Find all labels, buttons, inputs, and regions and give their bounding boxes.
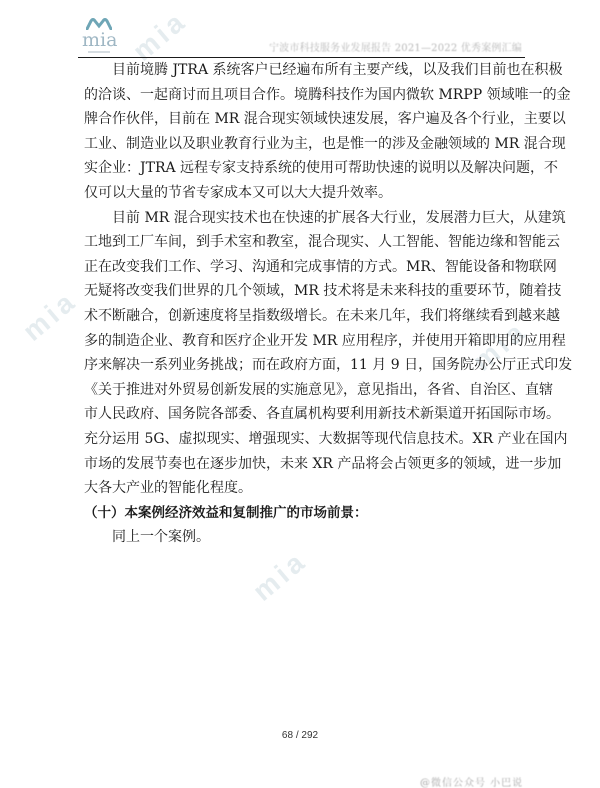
text-line: 仅可以大量的节省专家成本又可以大大提升效率。 bbox=[84, 181, 518, 206]
logo-text: mia bbox=[82, 29, 117, 51]
logo: mia bbox=[80, 14, 120, 54]
text-line: 多的制造企业、教育和医疗企业开发 MR 应用程序，并使用开箱即用的应用程 bbox=[84, 329, 518, 354]
text-line: 工业、制造业以及职业教育行业为主，也是惟一的涉及金融领域的 MR 混合现 bbox=[84, 132, 518, 157]
watermark: mia bbox=[17, 284, 84, 347]
text-line: 无疑将改变我们世界的几个领域，MR 技术将是未来科技的重要环节，随着技 bbox=[84, 279, 518, 304]
text-line: 目前境腾 JTRA 系统客户已经遍布所有主要产线，以及我们目前也在积极 bbox=[84, 58, 518, 83]
header-title: 宁波市科技服务业发展报告 2021—2022 优秀案例汇编 bbox=[269, 39, 522, 54]
section-body: 同上一个案例。 bbox=[84, 525, 518, 550]
page-number: 68 / 292 bbox=[0, 730, 600, 741]
text-line: 术不断融合，创新速度将呈指数级增长。在未来几年，我们将继续看到越来越 bbox=[84, 304, 518, 329]
text-line: 序来解决一系列业务挑战；而在政府方面，11 月 9 日，国务院办公厅正式印发 bbox=[84, 353, 518, 378]
paragraph-1: 目前境腾 JTRA 系统客户已经遍布所有主要产线，以及我们目前也在积极 的洽谈、… bbox=[84, 58, 518, 206]
text-line: 工地到工厂车间，到手术室和教室，混合现实、人工智能、智能边缘和智能云 bbox=[84, 230, 518, 255]
document-body: 目前境腾 JTRA 系统客户已经遍布所有主要产线，以及我们目前也在积极 的洽谈、… bbox=[84, 58, 518, 550]
text-line: 《关于推进对外贸易创新发展的实施意见》，意见指出，各省、自治区、直辖 bbox=[84, 378, 518, 403]
footer-watermark: @微信公众号 小巴说 bbox=[420, 774, 523, 788]
section-heading: （十）本案例经济效益和复制推广的市场前景： bbox=[84, 501, 518, 526]
text-line: 充分运用 5G、虚拟现实、增强现实、大数据等现代信息技术。XR 产业在国内 bbox=[84, 427, 518, 452]
page-header: mia 宁波市科技服务业发展报告 2021—2022 优秀案例汇编 bbox=[78, 12, 526, 58]
text-line: 正在改变我们工作、学习、沟通和完成事情的方式。MR、智能设备和物联网 bbox=[84, 255, 518, 280]
text-line: 的洽谈、一起商讨而且项目合作。境腾科技作为国内微软 MRPP 领域唯一的金 bbox=[84, 83, 518, 108]
text-line: 牌合作伙伴，目前在 MR 混合现实领域快速发展，客户遍及各个行业，主要以 bbox=[84, 107, 518, 132]
text-line: 实企业：JTRA 远程专家支持系统的使用可帮助快速的说明以及解决问题，不 bbox=[84, 156, 518, 181]
text-line: 市人民政府、国务院各部委、各直属机构要利用新技术新渠道开拓国际市场。 bbox=[84, 402, 518, 427]
watermark: mia bbox=[247, 544, 314, 607]
text-line: 目前 MR 混合现实技术也在快速的扩展各大行业，发展潜力巨大，从建筑 bbox=[84, 206, 518, 231]
text-line: 市场的发展节奏也在逐步加快，未来 XR 产品将会占领更多的领域，进一步加 bbox=[84, 452, 518, 477]
paragraph-2: 目前 MR 混合现实技术也在快速的扩展各大行业，发展潜力巨大，从建筑 工地到工厂… bbox=[84, 206, 518, 501]
text-line: 大各大产业的智能化程度。 bbox=[84, 476, 518, 501]
logo-underline bbox=[88, 51, 110, 53]
